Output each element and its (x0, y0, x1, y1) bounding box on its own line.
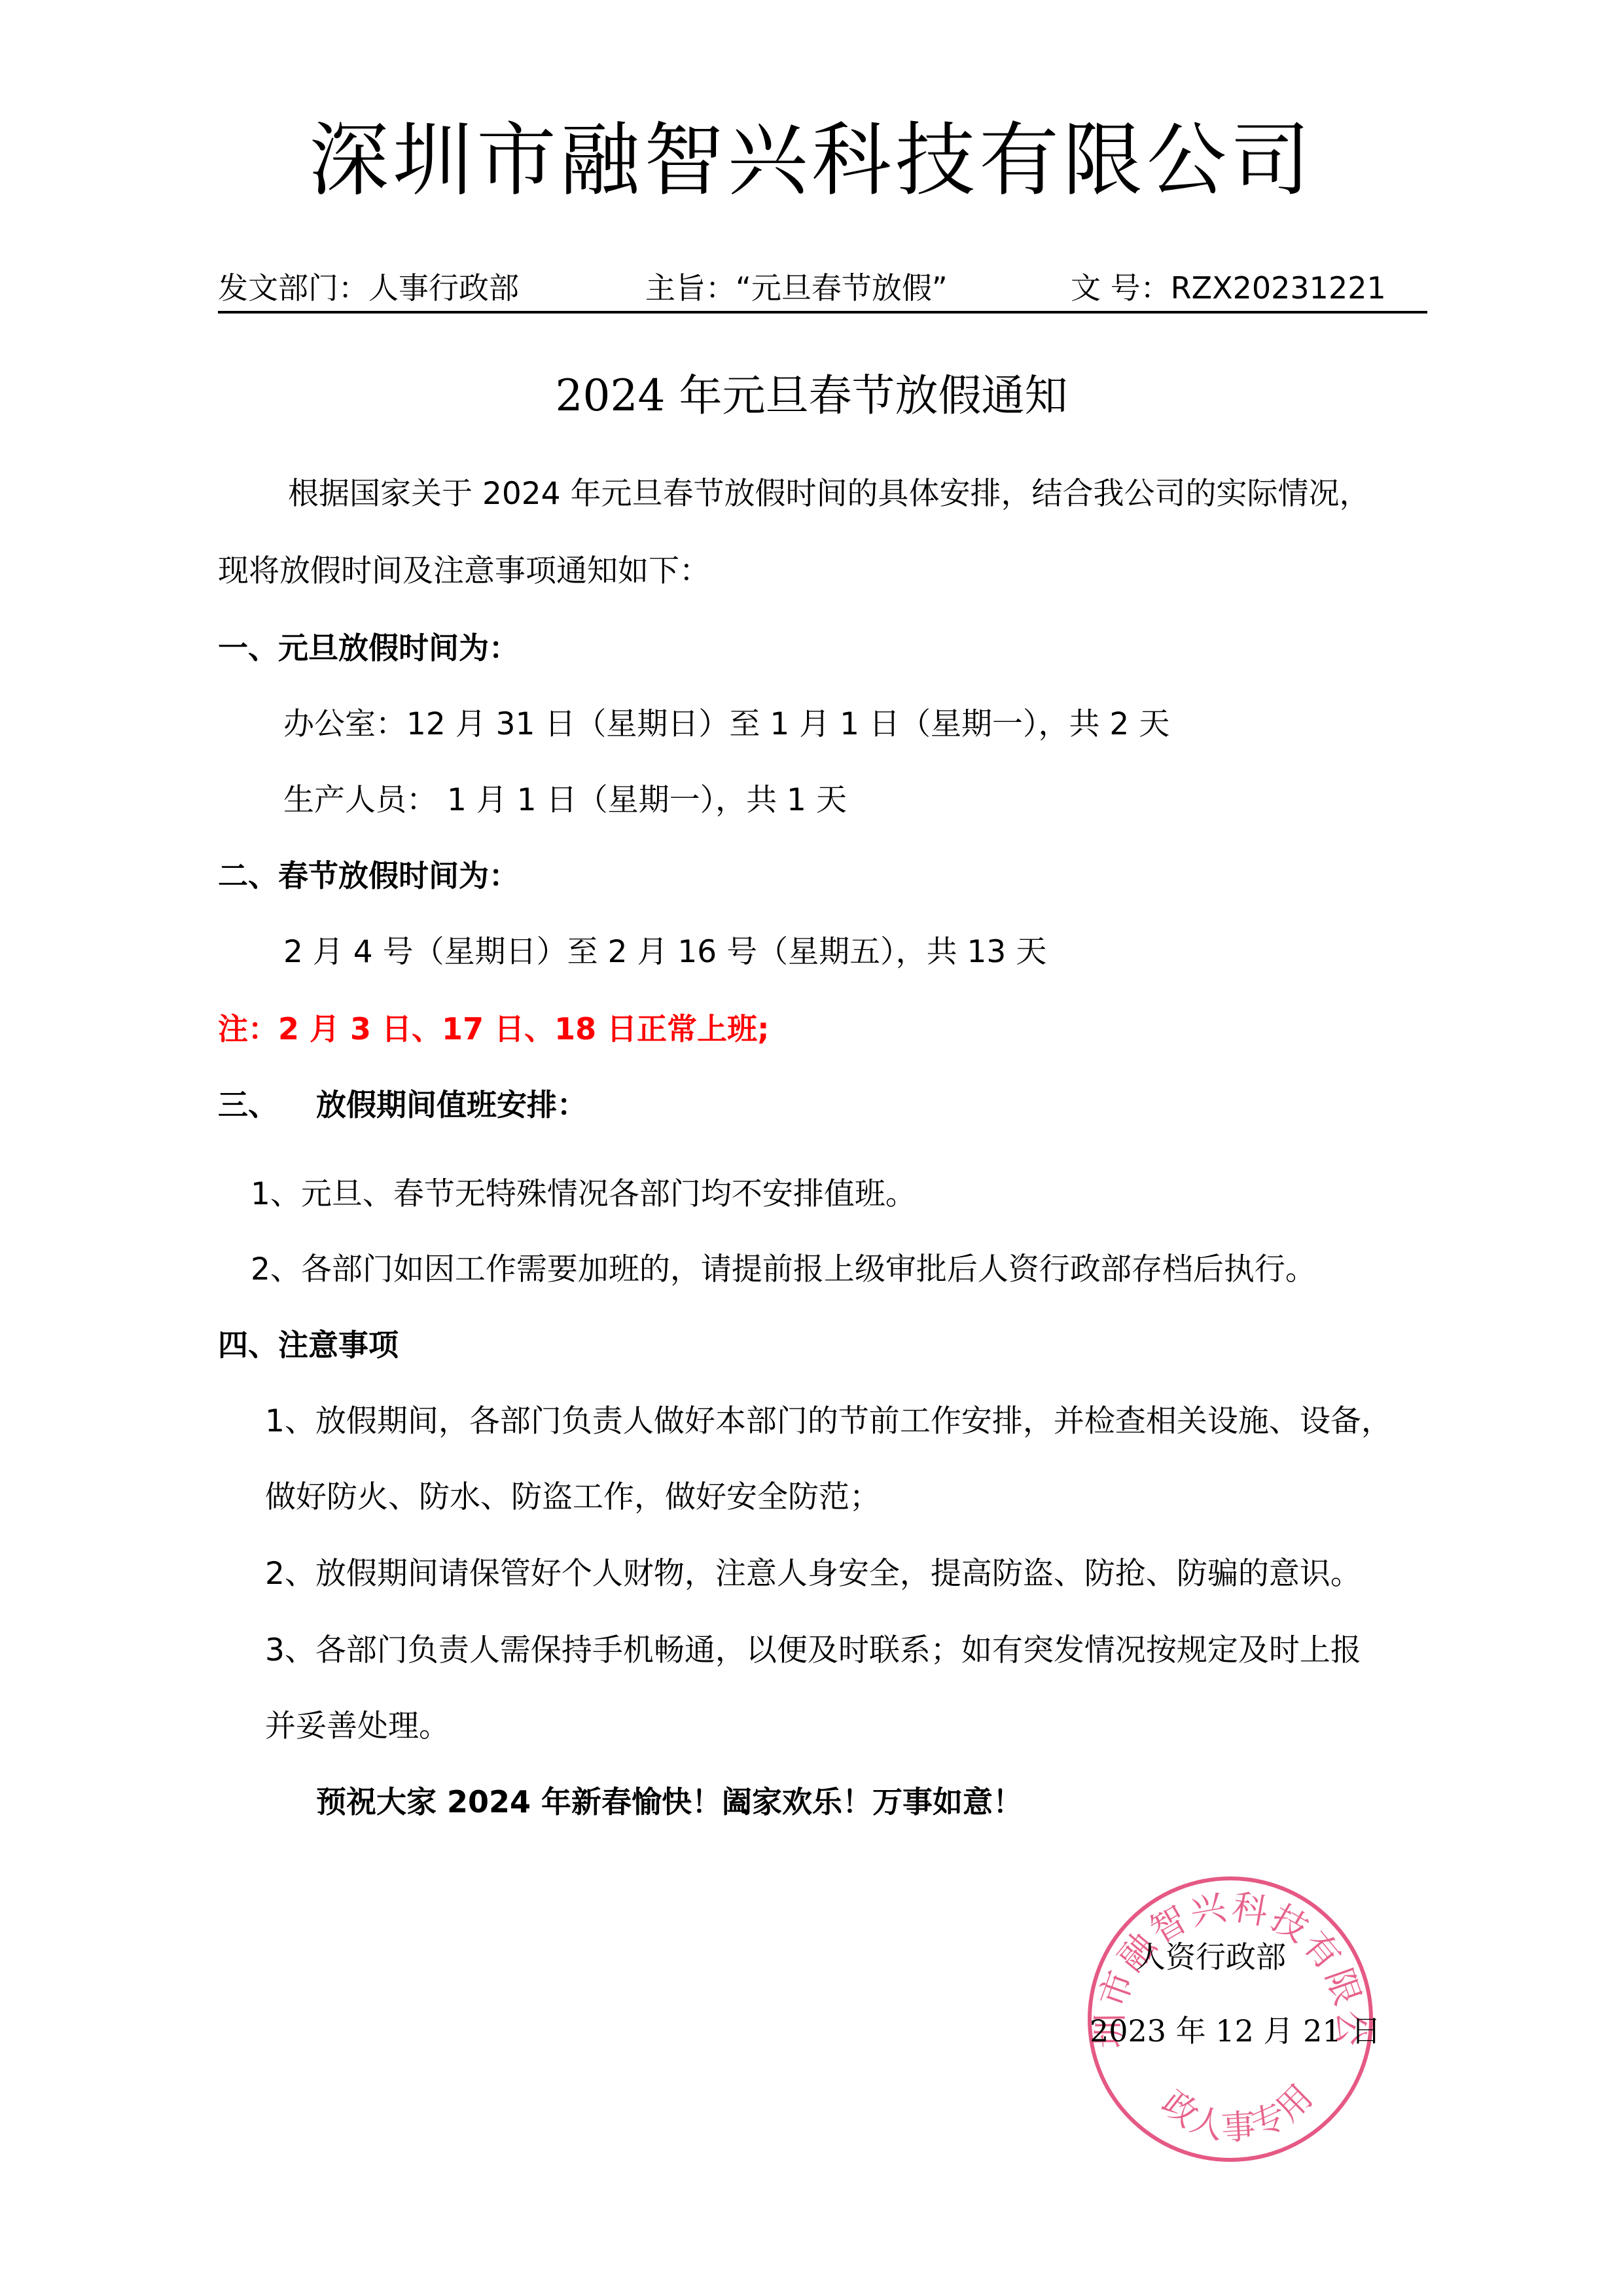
section-3-number: 三、 (218, 1082, 278, 1128)
header-divider (218, 311, 1427, 314)
section-1-heading: 一、元旦放假时间为： (218, 625, 519, 671)
section-1-item: 生产人员： 1 月 1 日（星期一），共 1 天 (283, 778, 847, 823)
section-4-item: 2、放假期间请保管好个人财物，注意人身安全，提高防盗、防抢、防骗的意识。 (265, 1551, 1361, 1597)
document-page: 深圳市融智兴科技有限公司 发文部门：人事行政部 主旨：“元旦春节放假” 文 号：… (0, 0, 1623, 2296)
section-4-heading: 四、注意事项 (218, 1322, 399, 1368)
intro-line-2: 现将放假时间及注意事项通知如下： (218, 548, 710, 594)
document-subject: 主旨：“元旦春节放假” (645, 265, 948, 311)
section-3-item: 1、元旦、春节无特殊情况各部门均不安排值班。 (251, 1172, 916, 1217)
signature-department: 人资行政部 (1135, 1934, 1286, 1980)
section-4-item-continued: 做好防火、防水、防盗工作，做好安全防范； (265, 1475, 880, 1520)
section-2-heading: 二、春节放假时间为： (218, 853, 519, 899)
greeting: 预祝大家 2024 年新春愉快！阖家欢乐！万事如意！ (316, 1779, 1023, 1825)
signature-date: 2023 年 12 月 21 日 (1090, 2008, 1381, 2054)
company-name: 深圳市融智兴科技有限公司 (0, 111, 1623, 209)
intro-line-1: 根据国家关于 2024 年元旦春节放假时间的具体安排，结合我公司的实际情况， (288, 471, 1370, 517)
notice-title: 2024 年元旦春节放假通知 (0, 367, 1623, 425)
work-days-note: 注：2 月 3 日、17 日、18 日正常上班; (218, 1006, 770, 1052)
section-1-item: 办公室：12 月 31 日（星期日）至 1 月 1 日（星期一），共 2 天 (283, 702, 1169, 747)
section-4-item: 3、各部门负责人需保持手机畅通，以便及时联系；如有突发情况按规定及时上报 (265, 1628, 1361, 1674)
section-3-item: 2、各部门如因工作需要加班的，请提前报上级审批后人资行政部存档后执行。 (251, 1247, 1316, 1293)
issuing-department: 发文部门：人事行政部 (218, 265, 519, 311)
section-4-item-continued: 并妥善处理。 (265, 1704, 450, 1749)
section-2-item: 2 月 4 号（星期日）至 2 月 16 号（星期五），共 13 天 (283, 929, 1046, 975)
section-4-item: 1、放假期间，各部门负责人做好本部门的节前工作安排，并检查相关设施、设备， (265, 1399, 1392, 1444)
section-3-heading: 放假期间值班安排： (316, 1082, 587, 1128)
document-number: 文 号：RZX20231221 (1071, 265, 1386, 311)
